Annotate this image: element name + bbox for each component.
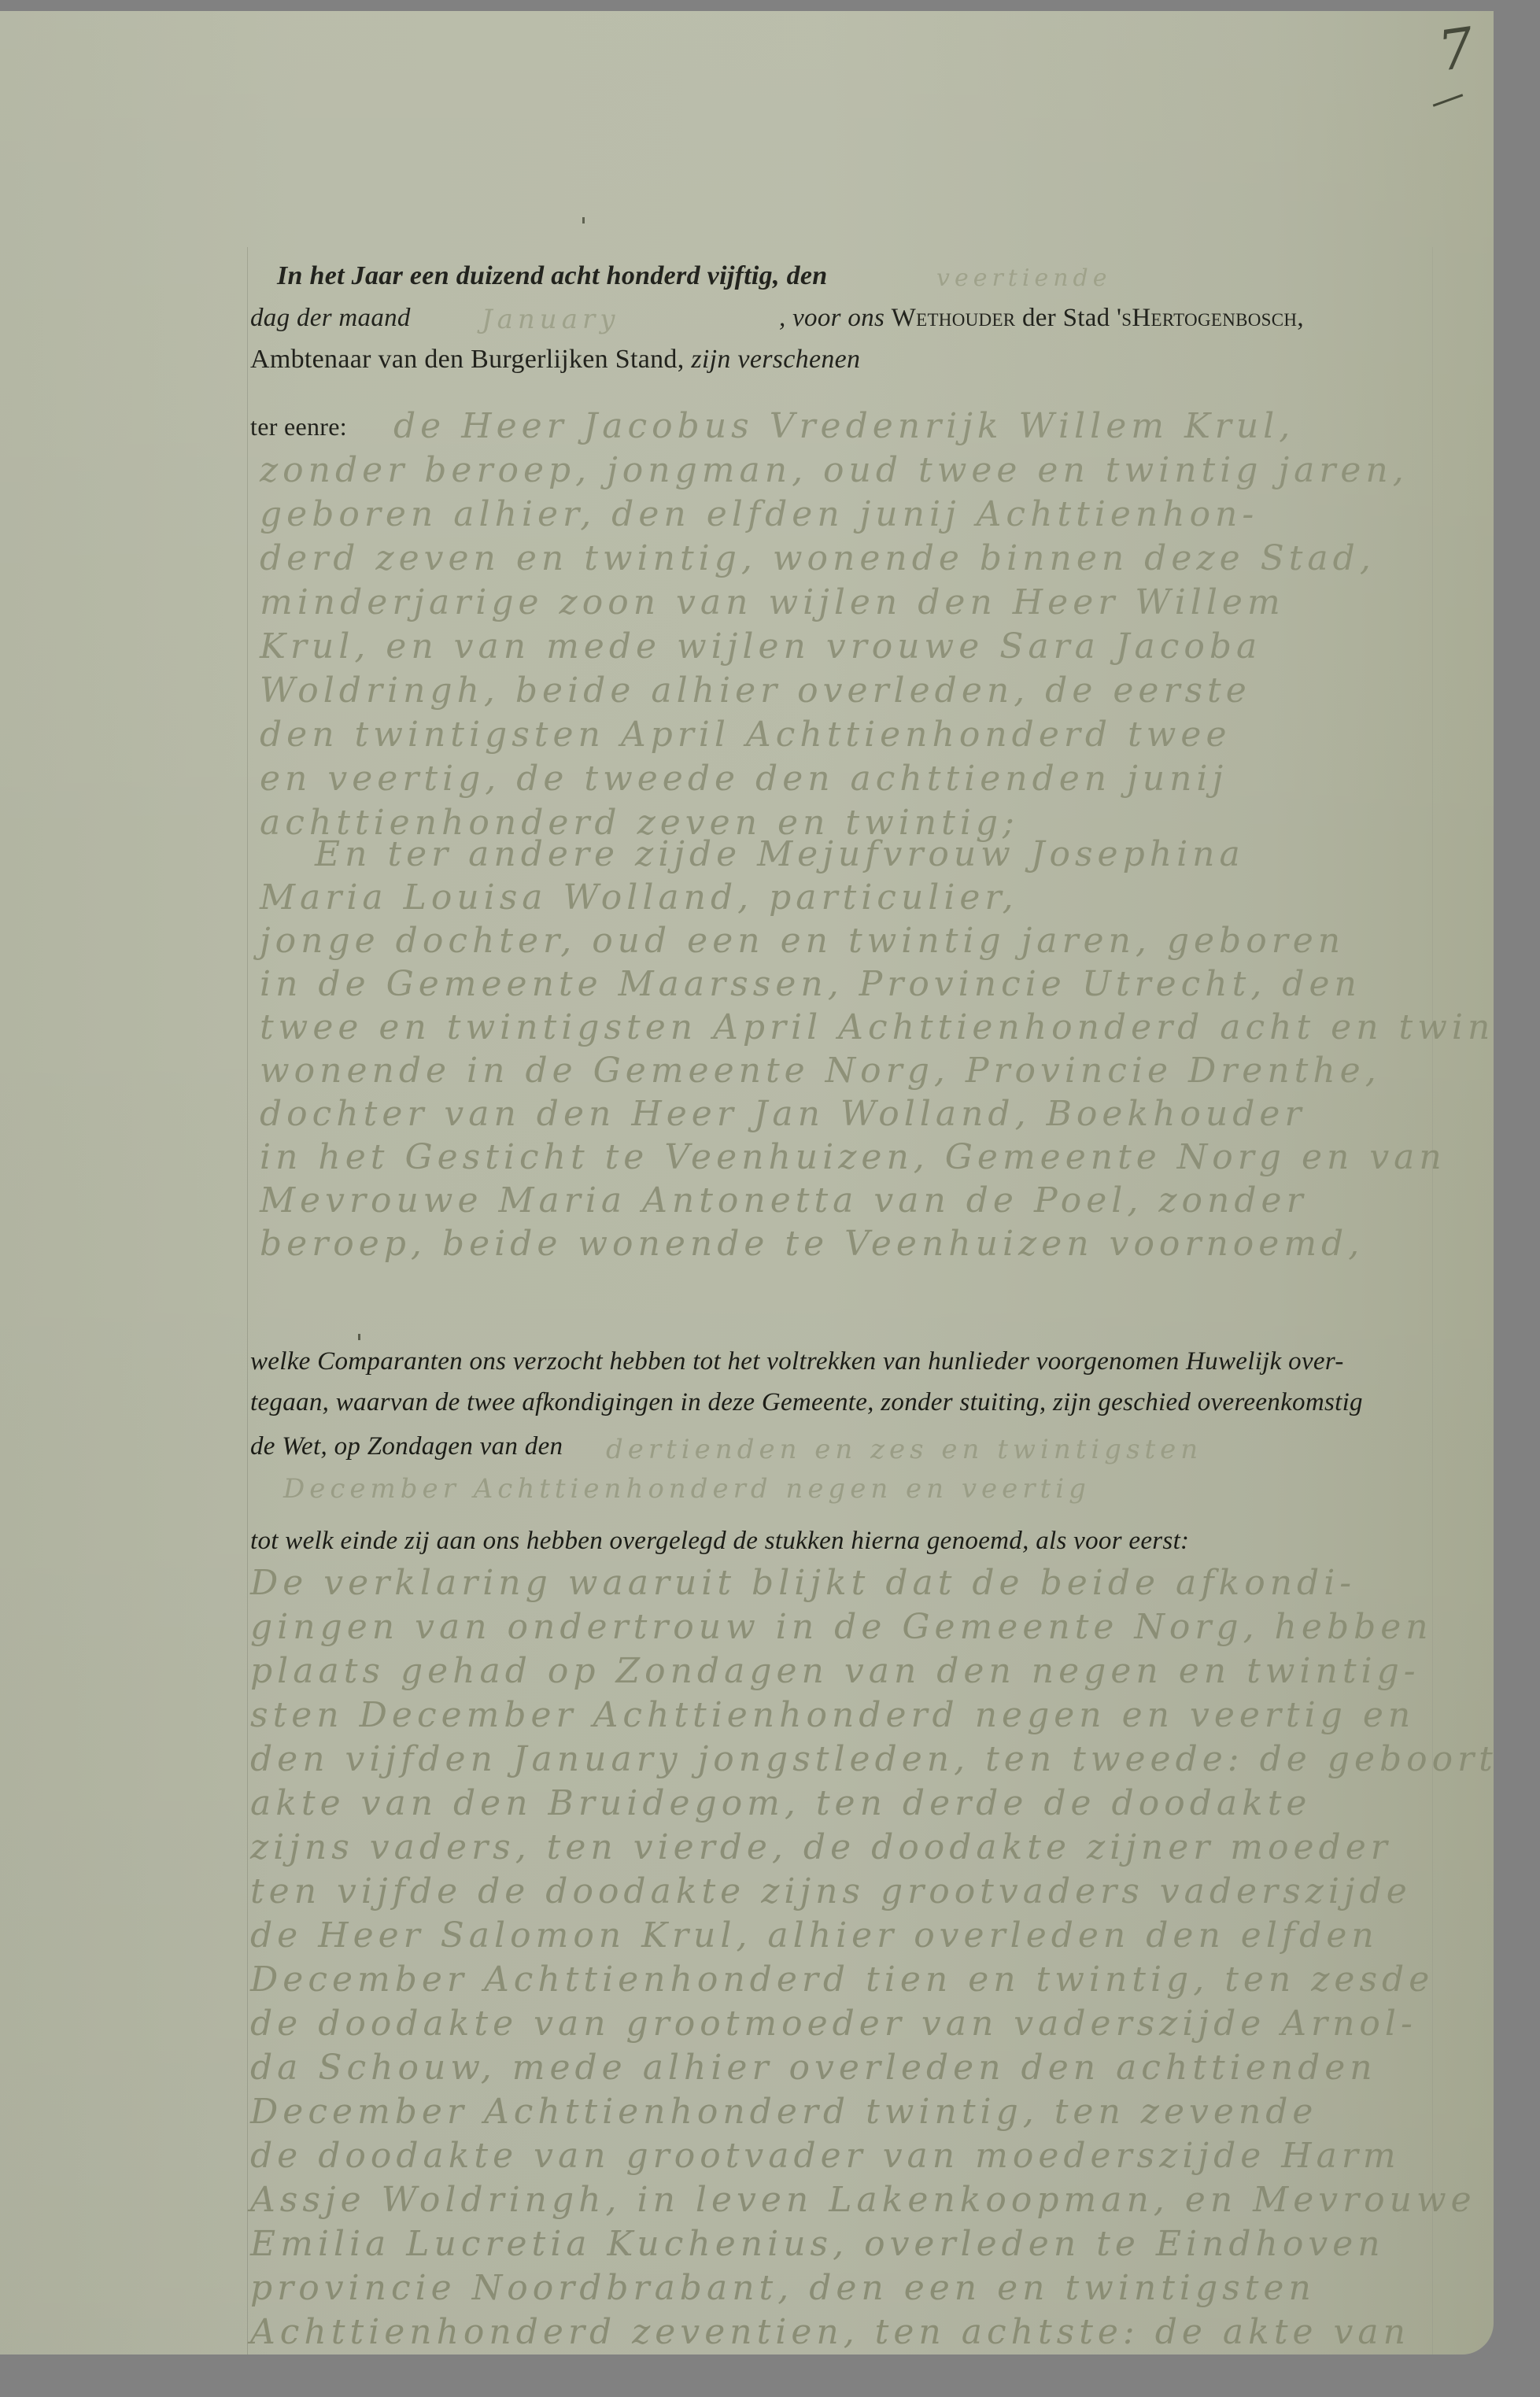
party-two-line: En ter andere zijde Mejufvrouw Josephina: [315, 834, 1245, 874]
header-line-1-text: In het Jaar een duizend acht honderd vij…: [277, 261, 827, 290]
city-text: 'sHertogenbosch,: [1117, 304, 1304, 332]
documents-line: de doodakte van grootvader van moederszi…: [250, 2136, 1401, 2176]
party-one-line: geboren alhier, den elfden junij Achttie…: [260, 494, 1258, 534]
party-two-line: wonende in de Gemeente Norg, Provincie D…: [260, 1051, 1381, 1091]
publication-line-3-prefix: de Wet, op Zondagen van den: [250, 1432, 563, 1461]
documents-line: de Heer Salomon Krul, alhier overleden d…: [250, 1915, 1379, 1956]
party-two-line: beroep, beide wonende te Veenhuizen voor…: [260, 1224, 1364, 1264]
documents-line: da Schouw, mede alhier overleden den ach…: [250, 2048, 1377, 2088]
documents-line: ten vijfde de doodakte zijns grootvaders…: [250, 1871, 1412, 1911]
ambtenaar-text: Ambtenaar van den Burgerlijken Stand,: [250, 345, 685, 374]
publication-year-fill: December Achttienhonderd negen en veerti…: [283, 1473, 1091, 1505]
publication-line-1: welke Comparanten ons verzocht hebben to…: [250, 1347, 1344, 1376]
day-fill: veertiende: [936, 264, 1111, 292]
documents-line: gingen van ondertrouw in de Gemeente Nor…: [250, 1607, 1433, 1647]
header-line-1: In het Jaar een duizend acht honderd vij…: [277, 261, 827, 291]
document-page: 7 In het Jaar een duizend acht honderd v…: [0, 11, 1494, 2355]
documents-line: de doodakte van grootmoeder van vaderszi…: [250, 2004, 1417, 2044]
ink-speck: [582, 217, 585, 223]
party-one-line: en veertig, de tweede den achttienden ju…: [260, 759, 1228, 799]
wethouder-text: Wethouder: [892, 304, 1016, 332]
header-line-2-prefix: dag der maand: [250, 304, 411, 333]
party-one-line: Krul, en van mede wijlen vrouwe Sara Jac…: [260, 626, 1261, 667]
documents-line: plaats gehad op Zondagen van den negen e…: [250, 1651, 1420, 1691]
documents-line: December Achttienhonderd twintig, ten ze…: [250, 2092, 1317, 2132]
documents-line: Assje Woldringh, in leven Lakenkoopman, …: [250, 2180, 1476, 2220]
documents-line: Achttienhonderd zeventien, ten achtste: …: [250, 2312, 1410, 2352]
party-two-line: twee en twintigsten April Achttienhonder…: [260, 1007, 1494, 1047]
folio-number: 7: [1435, 15, 1479, 83]
documents-line: den vijfden January jongstleden, ten twe…: [250, 1739, 1494, 1779]
left-margin-rule: [247, 247, 248, 2355]
ink-speck: [358, 1334, 360, 1340]
party-one-line: Woldringh, beide alhier overleden, de ee…: [260, 670, 1251, 711]
header-line-3: Ambtenaar van den Burgerlijken Stand, zi…: [250, 345, 860, 375]
right-margin-rule: [1432, 247, 1433, 2355]
documents-line: De verklaring waaruit blijkt dat de beid…: [250, 1563, 1356, 1603]
publication-line-2: tegaan, waarvan de twee afkondigingen in…: [250, 1388, 1363, 1417]
party-two-line: jonge dochter, oud een en twintig jaren,…: [260, 921, 1345, 961]
documents-line: December Achttienhonderd tien en twintig…: [250, 1959, 1434, 2000]
party-two-line: dochter van den Heer Jan Wolland, Boekho…: [260, 1094, 1306, 1134]
party-one-line: minderjarige zoon van wijlen den Heer Wi…: [260, 582, 1285, 622]
party-two-line: Maria Louisa Wolland, particulier,: [260, 877, 1018, 918]
documents-line: provincie Noordbrabant, den een en twint…: [250, 2268, 1316, 2308]
party-one-line: zonder beroep, jongman, oud twee en twin…: [260, 450, 1409, 490]
party-one-line: de Heer Jacobus Vredenrijk Willem Krul,: [393, 406, 1294, 446]
party-one-line: den twintigsten April Achttienhonderd tw…: [260, 715, 1231, 755]
der-stad-text: der Stad: [1022, 304, 1110, 332]
documents-intro: tot welk einde zij aan ons hebben overge…: [250, 1527, 1189, 1556]
verschenen-text: zijn verschenen: [691, 345, 860, 374]
party-two-line: in de Gemeente Maarssen, Provincie Utrec…: [260, 964, 1361, 1004]
party-one-line: derd zeven en twintig, wonende binnen de…: [260, 538, 1376, 578]
folio-underline: [1433, 94, 1464, 106]
documents-line: sten December Achttienhonderd negen en v…: [250, 1695, 1415, 1735]
month-fill: January: [482, 304, 619, 335]
documents-line: akte van den Bruidegom, ten derde de doo…: [250, 1783, 1311, 1823]
party-two-line: in het Gesticht te Veenhuizen, Gemeente …: [260, 1137, 1446, 1177]
header-line-2-suffix: , voor ons Wethouder der Stad 'sHertogen…: [779, 304, 1304, 333]
voor-ons-text: , voor ons: [779, 304, 884, 332]
documents-line: zijns vaders, ten vierde, de doodakte zi…: [250, 1827, 1392, 1867]
publication-dates-fill: dertienden en zes en twintigsten: [606, 1434, 1202, 1465]
ter-eenre-label: ter eenre:: [250, 412, 347, 441]
party-two-line: Mevrouwe Maria Antonetta van de Poel, zo…: [260, 1180, 1308, 1221]
documents-line: Emilia Lucretia Kuchenius, overleden te …: [250, 2224, 1385, 2264]
